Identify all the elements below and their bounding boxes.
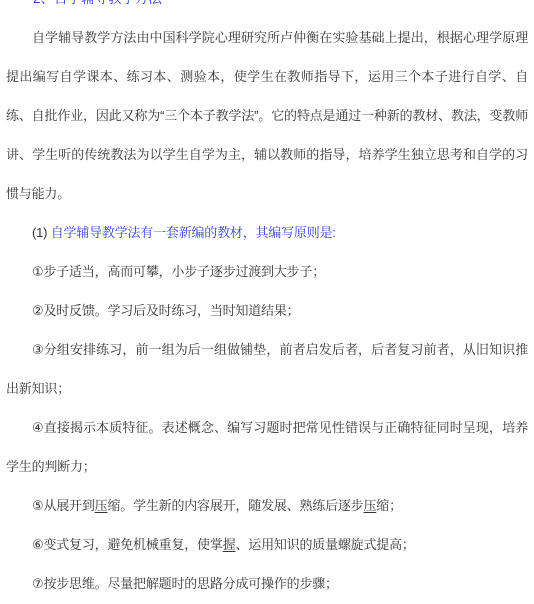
principle-item-3: ③分组安排练习，前一组为后一组做铺垫，前者启发后者，后者复习前者，从旧知识推出新… <box>6 330 528 408</box>
text-run: 压 <box>95 498 108 513</box>
text-run: 自学辅导教学方法由中国科学院心理研究所卢仲衡在实验基础上提出，根据心理学原理提出… <box>6 30 528 201</box>
principle-item-1: ①步子适当，高而可攀，小步子逐步过渡到大步子； <box>6 252 528 291</box>
text-run: ⑦按步思维。尽量把解题时的思路分成可操作的步骤； <box>32 576 338 591</box>
document-page: 2、自学辅导教学方法 自学辅导教学方法由中国科学院心理研究所卢仲衡在实验基础上提… <box>0 0 534 603</box>
text-run: 握 <box>223 537 236 552</box>
text-run: ⑥变式复习，避免机械重复，使掌 <box>32 537 223 552</box>
principle-item-2: ②及时反馈。学习后及时练习，当时知道结果； <box>6 291 528 330</box>
text-run: 缩； <box>376 498 402 513</box>
text-run: ⑤从展开到 <box>32 498 95 513</box>
text-run: 、运用知识的质量螺旋式提高； <box>235 537 414 552</box>
highlighted-text-run: 自学辅导教学法有一套新编的教材，其编写原则是: <box>51 225 336 240</box>
subheading-principles: (1) 自学辅导教学法有一套新编的教材，其编写原则是: <box>6 213 528 252</box>
document-body: 自学辅导教学方法由中国科学院心理研究所卢仲衡在实验基础上提出，根据心理学原理提出… <box>6 18 528 603</box>
principle-item-7: ⑦按步思维。尽量把解题时的思路分成可操作的步骤； <box>6 564 528 603</box>
text-run: ①步子适当，高而可攀，小步子逐步过渡到大步子； <box>32 264 325 279</box>
text-run: ②及时反馈。学习后及时练习，当时知道结果； <box>32 303 299 318</box>
principle-item-5: ⑤从展开到压缩。学生新的内容展开，随发展、熟练后逐步压缩； <box>6 486 528 525</box>
paragraph-intro: 自学辅导教学方法由中国科学院心理研究所卢仲衡在实验基础上提出，根据心理学原理提出… <box>6 18 528 213</box>
text-run: 缩。学生新的内容展开，随发展、熟练后逐步 <box>107 498 363 513</box>
text-run: ④直接揭示本质特征。表述概念、编写习题时把常见性错误与正确特征同时呈现，培养学生… <box>6 420 528 474</box>
text-run: 压 <box>363 498 376 513</box>
text-run: ③分组安排练习，前一组为后一组做铺垫，前者启发后者，后者复习前者，从旧知识推出新… <box>6 342 528 396</box>
principle-item-6: ⑥变式复习，避免机械重复，使掌握、运用知识的质量螺旋式提高； <box>6 525 528 564</box>
text-run: (1) <box>32 225 51 240</box>
section-heading-text: 2、自学辅导教学方法 <box>33 0 162 6</box>
section-heading: 2、自学辅导教学方法 <box>6 0 528 18</box>
principle-item-4: ④直接揭示本质特征。表述概念、编写习题时把常见性错误与正确特征同时呈现，培养学生… <box>6 408 528 486</box>
